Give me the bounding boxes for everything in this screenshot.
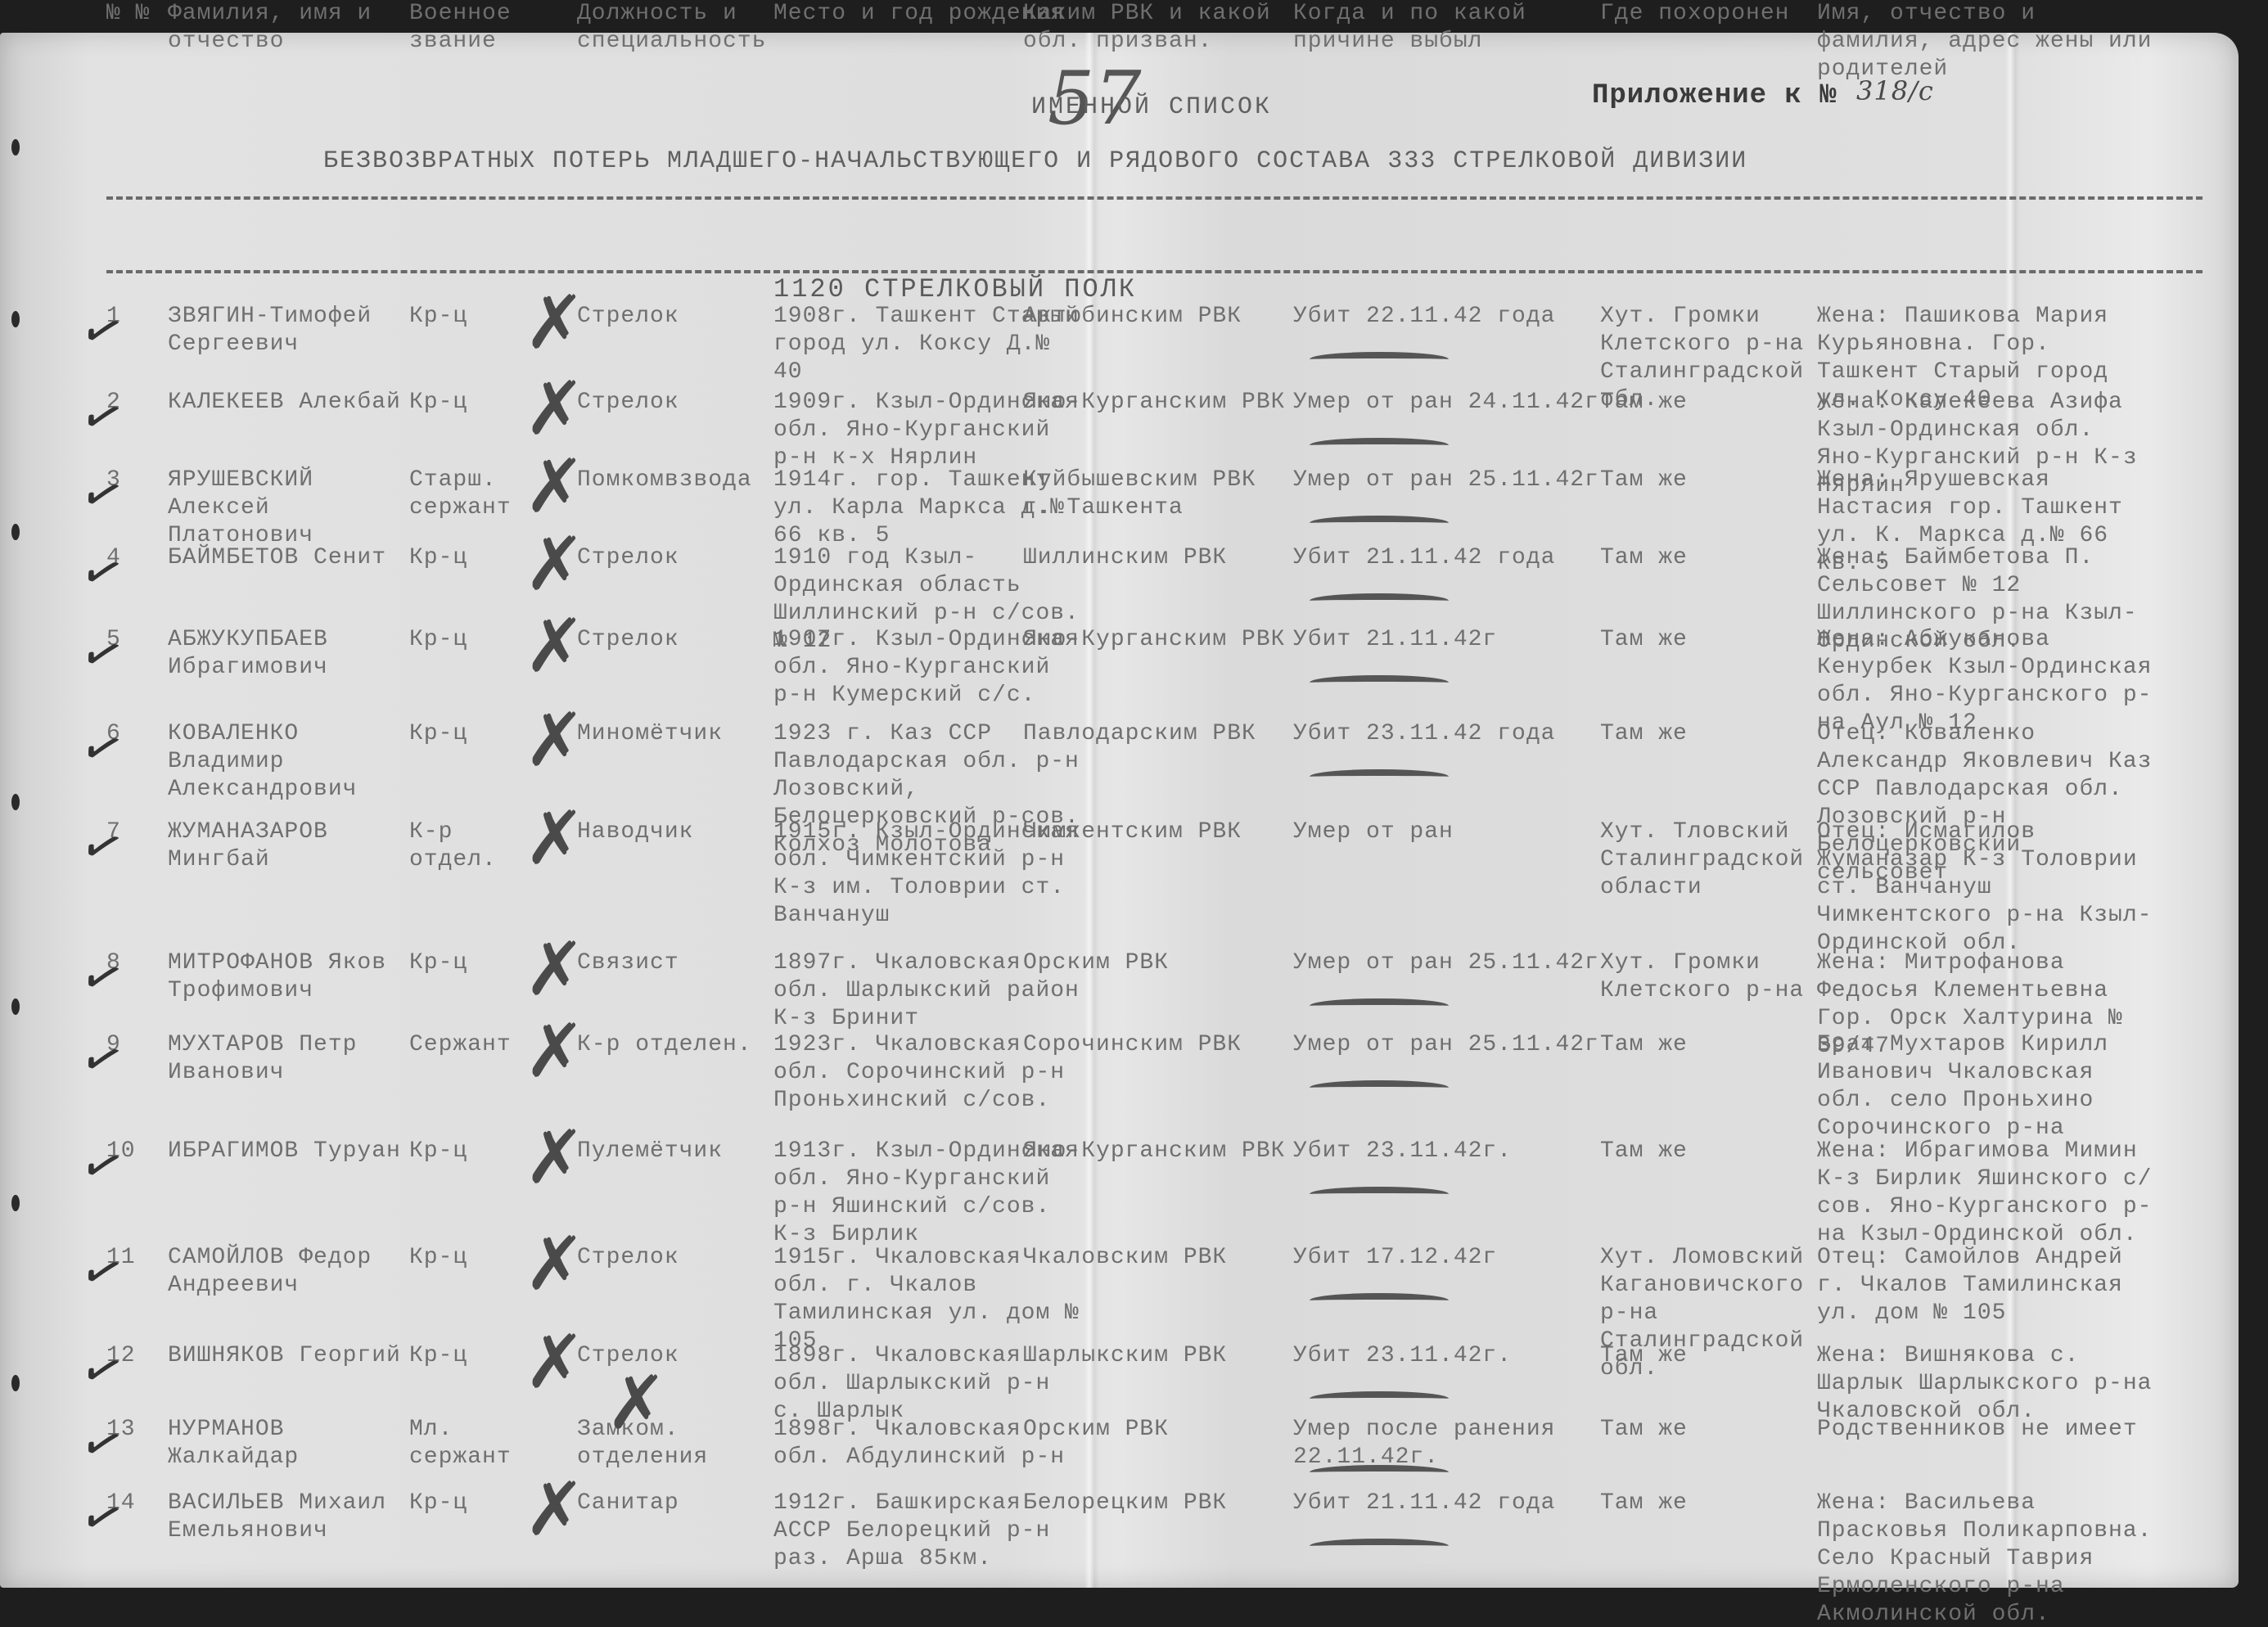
cell-text: Убит 21.11.42 года	[1293, 1490, 1604, 1517]
pencil-underline	[1310, 998, 1449, 1013]
col-rank: Кр-ц	[409, 1490, 532, 1517]
cell-text: ЯРУШЕВСКИЙ Алексей Платонович	[168, 466, 405, 550]
cell-text: Мл. сержант	[409, 1416, 532, 1472]
cell-text: Там же	[1600, 466, 1813, 494]
cell-text: Старш. сержант	[409, 466, 532, 522]
cell-text: Чимкентским РВК	[1023, 818, 1293, 846]
cell-text: Убит 21.11.42г	[1293, 626, 1604, 654]
col-name: БАЙМБЕТОВ Сенит	[168, 544, 405, 572]
cell-text: Отец: Самойлов Андрей г. Чкалов Тамилинс…	[1817, 1244, 2161, 1327]
cell-text: Помкомвзвода	[577, 466, 765, 494]
cell-text: Жена: Вишнякова с. Шарлык Шарлыкского р-…	[1817, 1342, 2161, 1426]
col-name: КОВАЛЕНКО Владимир Александрович	[168, 720, 405, 804]
check-mark-icon: ✗	[524, 610, 585, 683]
cell-text: Шарлыкским РВК	[1023, 1342, 1293, 1370]
col-position-header: Должность и специальность	[577, 0, 765, 65]
cell-text: Там же	[1600, 720, 1813, 748]
cell-text: Там же	[1600, 1342, 1813, 1370]
regiment-heading: 1120 СТРЕЛКОВЫЙ ПОЛК	[773, 274, 1137, 305]
cell-text: САМОЙЛОВ Федор Андреевич	[168, 1244, 405, 1300]
cell-text: Яно-Курганским РВК	[1023, 1138, 1293, 1165]
cell-text: Убит 23.11.42г.	[1293, 1342, 1604, 1370]
cell-text: Белорецким РВК	[1023, 1490, 1293, 1517]
check-mark-icon: ✗	[524, 933, 585, 1007]
col-rvk-header: Каким РВК и какой обл. призван.	[1023, 0, 1293, 65]
col-rvk: Орским РВК	[1023, 1416, 1293, 1444]
column-header-label: № №	[106, 0, 150, 28]
col-position: Наводчик	[577, 818, 765, 846]
column-header-label: Фамилия, имя и отчество	[168, 0, 405, 56]
col-position: Связист	[577, 949, 765, 977]
col-name: ЖУМАНАЗАРОВ Мингбай	[168, 818, 405, 874]
col-when: Умер после ранения 22.11.42г.	[1293, 1416, 1604, 1472]
col-when: Убит 23.11.42г.	[1293, 1342, 1604, 1370]
col-rank-header: Военное звание	[409, 0, 532, 65]
cell-text: Кр-ц	[409, 389, 532, 417]
cell-text: Умер от ран	[1293, 818, 1604, 846]
column-header-label: Где похоронен	[1600, 0, 1813, 28]
check-mark-icon: ✗	[524, 372, 585, 446]
cell-text: Хут. Тловский Сталинградской области	[1600, 818, 1813, 902]
col-name: САМОЙЛОВ Федор Андреевич	[168, 1244, 405, 1300]
col-name: ВИШНЯКОВ Георгий	[168, 1342, 405, 1370]
pencil-underline	[1310, 1391, 1449, 1406]
check-mark-icon: ✗	[524, 1228, 585, 1301]
col-name: ВАСИЛЬЕВ Михаил Емельянович	[168, 1490, 405, 1545]
col-rank: Кр-ц	[409, 389, 532, 417]
col-when: Убит 17.12.42г	[1293, 1244, 1604, 1272]
cell-text: Кр-ц	[409, 1244, 532, 1272]
col-rvk: Белорецким РВК	[1023, 1490, 1293, 1517]
cell-text: К-р отдел.	[409, 818, 532, 874]
col-relatives: Отец: Самойлов Андрей г. Чкалов Тамилинс…	[1817, 1244, 2161, 1327]
cell-text: Умер от ран 25.11.42г	[1293, 466, 1604, 494]
col-position: Помкомвзвода	[577, 466, 765, 494]
cell-text: Орским РВК	[1023, 1416, 1293, 1444]
col-rvk: Яно-Курганским РВК	[1023, 626, 1293, 654]
pencil-underline	[1310, 1293, 1449, 1308]
col-when: Умер от ран 25.11.42г	[1293, 949, 1604, 977]
col-when: Убит 23.11.42 года	[1293, 720, 1604, 748]
col-name: МИТРОФАНОВ Яков Трофимович	[168, 949, 405, 1005]
col-buried: Там же	[1600, 1416, 1813, 1444]
cell-text: Орским РВК	[1023, 949, 1293, 977]
cell-text: Пулемётчик	[577, 1138, 765, 1165]
col-name: НУРМАНОВ Жалкайдар	[168, 1416, 405, 1472]
col-buried: Там же	[1600, 1342, 1813, 1370]
cell-text: Сорочинским РВК	[1023, 1031, 1293, 1059]
cell-text: Убит 23.11.42 года	[1293, 720, 1604, 748]
col-buried-header: Где похоронен	[1600, 0, 1813, 65]
col-buried: Там же	[1600, 720, 1813, 748]
cell-text: Убит 23.11.42г.	[1293, 1138, 1604, 1165]
check-mark-icon: ✗	[524, 1121, 585, 1195]
col-rvk: Сорочинским РВК	[1023, 1031, 1293, 1059]
column-header-label: Военное звание	[409, 0, 532, 56]
col-rank: Кр-ц	[409, 1244, 532, 1272]
cell-text: Актюбинским РВК	[1023, 303, 1293, 331]
col-rank: Кр-ц	[409, 949, 532, 977]
pencil-underline	[1310, 675, 1449, 690]
col-relatives: Жена: Вишнякова с. Шарлык Шарлыкского р-…	[1817, 1342, 2161, 1426]
col-when: Убит 21.11.42г	[1293, 626, 1604, 654]
pencil-underline	[1310, 1539, 1449, 1553]
column-header-label: Имя, отчество и фамилия, адрес жены или …	[1817, 0, 2161, 83]
pencil-underline	[1310, 1187, 1449, 1201]
col-rvk: Актюбинским РВК	[1023, 303, 1293, 331]
col-position: К-р отделен.	[577, 1031, 765, 1059]
check-mark-icon: ✗	[524, 450, 585, 524]
cell-text: Там же	[1600, 1416, 1813, 1444]
appendix-label: Приложение к №	[1592, 80, 1837, 111]
cell-text: Кр-ц	[409, 626, 532, 654]
col-buried: Хут. Тловский Сталинградской области	[1600, 818, 1813, 902]
col-rvk: Павлодарским РВК	[1023, 720, 1293, 748]
col-buried: Там же	[1600, 544, 1813, 572]
cell-text: Там же	[1600, 389, 1813, 417]
cell-text: Яно-Курганским РВК	[1023, 389, 1293, 417]
cell-text: Жена: Ибрагимова Мимин К-з Бирлик Яшинск…	[1817, 1138, 2161, 1249]
col-buried: Там же	[1600, 466, 1813, 494]
col-when: Убит 21.11.42 года	[1293, 544, 1604, 572]
col-rvk: Чимкентским РВК	[1023, 818, 1293, 846]
cell-text: Там же	[1600, 1031, 1813, 1059]
cell-text: АБЖУКУПБАЕВ Ибрагимович	[168, 626, 405, 682]
cell-text: Хут. Громки Клетского р-на	[1600, 949, 1813, 1005]
cell-text: ЗВЯГИН-Тимофей Сергеевич	[168, 303, 405, 358]
col-rank: Мл. сержант	[409, 1416, 532, 1472]
col-when: Убит 22.11.42 года	[1293, 303, 1604, 331]
col-buried: Там же	[1600, 1031, 1813, 1059]
col-position: Миномётчик	[577, 720, 765, 748]
cell-text: ВАСИЛЬЕВ Михаил Емельянович	[168, 1490, 405, 1545]
header-rule-bottom	[106, 270, 2203, 273]
col-rvk: Орским РВК	[1023, 949, 1293, 977]
col-name: ИБРАГИМОВ Туруан	[168, 1138, 405, 1165]
check-mark-icon: ✗	[524, 286, 585, 360]
col-name: ЯРУШЕВСКИЙ Алексей Платонович	[168, 466, 405, 550]
col-rvk: Чкаловским РВК	[1023, 1244, 1293, 1272]
col-name-header: Фамилия, имя и отчество	[168, 0, 405, 65]
cell-text: Умер от ран 25.11.42г	[1293, 1031, 1604, 1059]
col-buried: Там же	[1600, 1490, 1813, 1517]
check-mark-icon: ✗	[524, 1326, 585, 1399]
pencil-underline	[1310, 516, 1449, 530]
cell-text: Наводчик	[577, 818, 765, 846]
cell-text: Павлодарским РВК	[1023, 720, 1293, 748]
check-mark-icon: ✗	[524, 1015, 585, 1088]
check-mark-icon: ✗	[524, 1473, 585, 1547]
col-relatives: Жена: Васильева Прасковья Поликарповна. …	[1817, 1490, 2161, 1627]
cell-text: Стрелок	[577, 389, 765, 417]
cell-text: Миномётчик	[577, 720, 765, 748]
col-rank: Сержант	[409, 1031, 532, 1059]
col-position: Стрелок	[577, 1244, 765, 1272]
document-title: ИМЕННОЙ СПИСОК	[1031, 92, 1272, 123]
cell-text: НУРМАНОВ Жалкайдар	[168, 1416, 405, 1472]
cell-text: Убит 21.11.42 года	[1293, 544, 1604, 572]
col-rank: Кр-ц	[409, 626, 532, 654]
col-rvk: Яно-Курганским РВК	[1023, 389, 1293, 417]
col-name: КАЛЕКЕЕВ Алекбай	[168, 389, 405, 417]
cell-text: Там же	[1600, 544, 1813, 572]
cell-text: Кр-ц	[409, 720, 532, 748]
document-subtitle: БЕЗВОЗВРАТНЫХ ПОТЕРЬ МЛАДШЕГО-НАЧАЛЬСТВУ…	[323, 146, 1747, 177]
col-relatives: Родственников не имеет	[1817, 1416, 2161, 1444]
cell-text: Стрелок	[577, 626, 765, 654]
pencil-underline	[1310, 438, 1449, 453]
col-rvk: Куйбышевским РВК г. Ташкента	[1023, 466, 1293, 522]
cell-text: Яно-Курганским РВК	[1023, 626, 1293, 654]
cell-text: Брат Мухтаров Кирилл Иванович Чкаловская…	[1817, 1031, 2161, 1143]
col-when-header: Когда и по какой причине выбыл	[1293, 0, 1604, 65]
pencil-underline	[1310, 593, 1449, 608]
col-name: АБЖУКУПБАЕВ Ибрагимович	[168, 626, 405, 682]
cell-text: БАЙМБЕТОВ Сенит	[168, 544, 405, 572]
cell-text: Жена: Васильева Прасковья Поликарповна. …	[1817, 1490, 2161, 1627]
cell-text: Кр-ц	[409, 544, 532, 572]
col-when: Умер от ран 25.11.42г	[1293, 1031, 1604, 1059]
col-relatives-header: Имя, отчество и фамилия, адрес жены или …	[1817, 0, 2161, 65]
col-position: Стрелок	[577, 626, 765, 654]
cell-text: К-р отделен.	[577, 1031, 765, 1059]
cell-text: Кр-ц	[409, 1342, 532, 1370]
cell-text: Кр-ц	[409, 303, 532, 331]
pencil-underline	[1310, 1080, 1449, 1095]
pencil-underline	[1310, 352, 1449, 367]
cell-text: Стрелок	[577, 1244, 765, 1272]
cell-text: Родственников не имеет	[1817, 1416, 2161, 1444]
col-name: ЗВЯГИН-Тимофей Сергеевич	[168, 303, 405, 358]
pencil-underline	[1310, 769, 1449, 784]
column-header-label: Каким РВК и какой обл. призван.	[1023, 0, 1293, 56]
check-mark-icon: ✗	[524, 704, 585, 777]
cell-text: Отец: Исмагилов Жуманазар К-з Толоврии с…	[1817, 818, 2161, 958]
col-position: Стрелок	[577, 303, 765, 331]
cell-text: Сержант	[409, 1031, 532, 1059]
cell-text: МУХТАРОВ Петр Иванович	[168, 1031, 405, 1087]
cell-text: Умер после ранения 22.11.42г.	[1293, 1416, 1604, 1472]
col-position: Стрелок	[577, 544, 765, 572]
col-when: Умер от ран 24.11.42г	[1293, 389, 1604, 417]
col-buried: Там же	[1600, 626, 1813, 654]
col-when: Умер от ран 25.11.42г	[1293, 466, 1604, 494]
column-header-label: Когда и по какой причине выбыл	[1293, 0, 1604, 56]
col-position: Пулемётчик	[577, 1138, 765, 1165]
cell-text: Стрелок	[577, 544, 765, 572]
cell-text: Куйбышевским РВК г. Ташкента	[1023, 466, 1293, 522]
cell-text: Там же	[1600, 1490, 1813, 1517]
header-rule-top	[106, 196, 2203, 200]
cell-text: Санитар	[577, 1490, 765, 1517]
cell-text: КОВАЛЕНКО Владимир Александрович	[168, 720, 405, 804]
cell-text: Убит 17.12.42г	[1293, 1244, 1604, 1272]
cell-text: Стрелок	[577, 303, 765, 331]
col-rvk: Яно-Курганским РВК	[1023, 1138, 1293, 1165]
col-rank: Кр-ц	[409, 1138, 532, 1165]
col-rvk: Шарлыкским РВК	[1023, 1342, 1293, 1370]
cell-text: Умер от ран 24.11.42г	[1293, 389, 1604, 417]
col-rank: Кр-ц	[409, 720, 532, 748]
cell-text: ВИШНЯКОВ Георгий	[168, 1342, 405, 1370]
cell-text: Шиллинским РВК	[1023, 544, 1293, 572]
cell-text: Кр-ц	[409, 1138, 532, 1165]
col-position: Санитар	[577, 1490, 765, 1517]
col-rank: Старш. сержант	[409, 466, 532, 522]
col-buried: Там же	[1600, 1138, 1813, 1165]
cell-text: Связист	[577, 949, 765, 977]
col-when: Убит 23.11.42г.	[1293, 1138, 1604, 1165]
check-mark-icon: ✗	[524, 802, 585, 876]
col-rank: Кр-ц	[409, 1342, 532, 1370]
col-position: Стрелок	[577, 389, 765, 417]
cell-text: ИБРАГИМОВ Туруан	[168, 1138, 405, 1165]
check-mark-icon: ✗	[524, 528, 585, 602]
col-when: Убит 21.11.42 года	[1293, 1490, 1604, 1517]
cell-text: Кр-ц	[409, 1490, 532, 1517]
cell-text: Убит 22.11.42 года	[1293, 303, 1604, 331]
cell-text: ЖУМАНАЗАРОВ Мингбай	[168, 818, 405, 874]
col-rank: Кр-ц	[409, 303, 532, 331]
cell-text: КАЛЕКЕЕВ Алекбай	[168, 389, 405, 417]
cell-text: Кр-ц	[409, 949, 532, 977]
col-when: Умер от ран	[1293, 818, 1604, 846]
cell-text: Чкаловским РВК	[1023, 1244, 1293, 1272]
col-buried: Хут. Громки Клетского р-на	[1600, 949, 1813, 1005]
cell-text: Там же	[1600, 626, 1813, 654]
col-number-header: № №	[106, 0, 150, 65]
pencil-underline	[1310, 1465, 1449, 1480]
cell-text: Там же	[1600, 1138, 1813, 1165]
check-mark-icon: ✗	[606, 1367, 667, 1440]
col-relatives: Жена: Ибрагимова Мимин К-з Бирлик Яшинск…	[1817, 1138, 2161, 1249]
col-rank: К-р отдел.	[409, 818, 532, 874]
column-header-label: Должность и специальность	[577, 0, 765, 56]
col-rvk: Шиллинским РВК	[1023, 544, 1293, 572]
col-name: МУХТАРОВ Петр Иванович	[168, 1031, 405, 1087]
cell-text: МИТРОФАНОВ Яков Трофимович	[168, 949, 405, 1005]
col-buried: Там же	[1600, 389, 1813, 417]
cell-text: Умер от ран 25.11.42г	[1293, 949, 1604, 977]
col-relatives: Отец: Исмагилов Жуманазар К-з Толоврии с…	[1817, 818, 2161, 958]
col-rank: Кр-ц	[409, 544, 532, 572]
col-relatives: Брат Мухтаров Кирилл Иванович Чкаловская…	[1817, 1031, 2161, 1143]
